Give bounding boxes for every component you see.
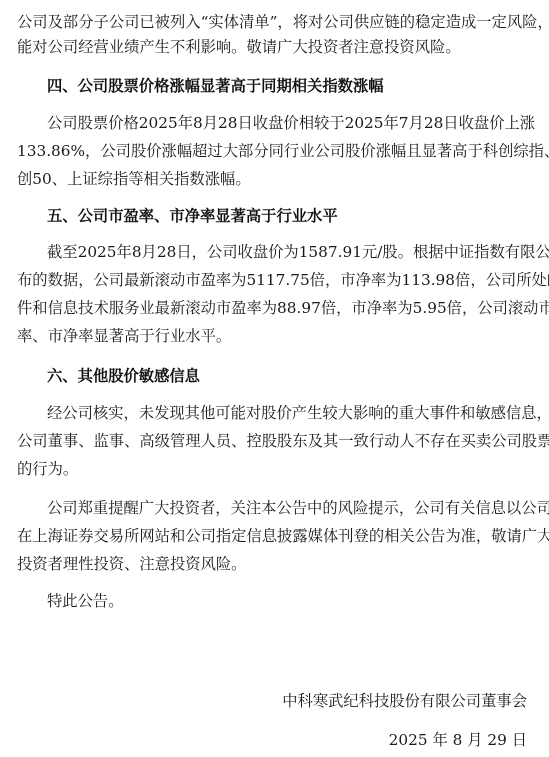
paragraph-line: 率、市净率显著高于行业水平。 (17, 325, 527, 347)
section-heading: 五、公司市盈率、市净率显著高于行业水平 (47, 205, 338, 227)
paragraph-line: 件和信息技术服务业最新滚动市盈率为88.97倍，市净率为5.95倍，公司滚动市盈 (17, 297, 527, 319)
paragraph-line: 创50、上证综指等相关指数涨幅。 (17, 168, 527, 190)
paragraph-line: 公司董事、监事、高级管理人员、控股股东及其一致行动人不存在买卖公司股票 (17, 430, 527, 452)
section-heading: 四、公司股票价格涨幅显著高于同期相关指数涨幅 (47, 75, 384, 97)
paragraph-line: 公司及部分子公司已被列入“实体清单”，将对公司供应链的稳定造成一定风险，可 (17, 11, 527, 33)
paragraph-line: 的行为。 (17, 458, 527, 480)
signature-date: 2025 年 8 月 29 日 (389, 729, 527, 751)
paragraph-line: 在上海证券交易所网站和公司指定信息披露媒体刊登的相关公告为准，敬请广大 (17, 525, 527, 547)
paragraph-line: 布的数据，公司最新滚动市盈率为5117.75倍，市净率为113.98倍，公司所处… (17, 269, 527, 291)
paragraph-line: 经公司核实，未发现其他可能对股价产生较大影响的重大事件和敏感信息， (47, 402, 527, 424)
paragraph-line: 133.86%，公司股价涨幅超过大部分同行业公司股价涨幅且显著高于科创综指、科 (17, 140, 527, 162)
paragraph-line: 公司股票价格2025年8月28日收盘价相较于2025年7月28日收盘价上涨 (47, 112, 527, 134)
paragraph-line: 投资者理性投资、注意投资风险。 (17, 553, 527, 575)
paragraph-line: 能对公司经营业绩产生不利影响。敬请广大投资者注意投资风险。 (17, 36, 527, 58)
paragraph-line: 公司郑重提醒广大投资者，关注本公告中的风险提示，公司有关信息以公司 (47, 497, 527, 519)
paragraph-line: 截至2025年8月28日，公司收盘价为1587.91元/股。根据中证指数有限公司… (47, 241, 527, 263)
paragraph-line: 特此公告。 (47, 590, 527, 612)
signature-company: 中科寒武纪科技股份有限公司董事会 (282, 690, 527, 712)
section-heading: 六、其他股价敏感信息 (47, 365, 200, 387)
